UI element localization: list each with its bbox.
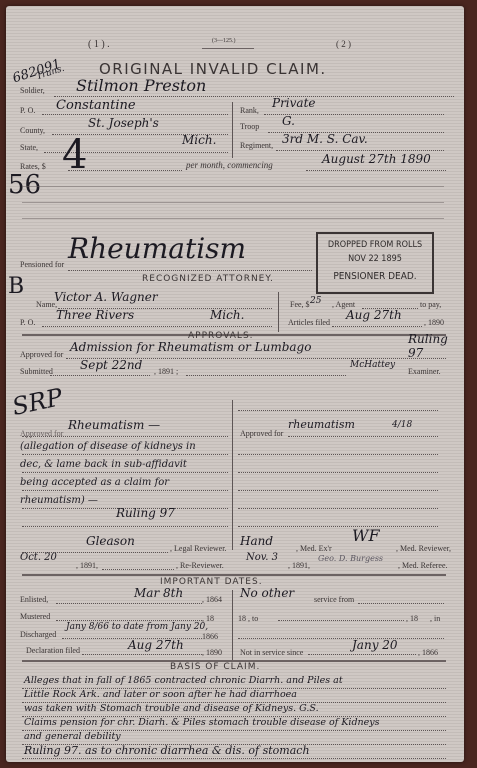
other-service-value: No other — [240, 586, 294, 600]
pensioned-label: Pensioned for — [20, 260, 64, 269]
form-number: (3—125.) — [212, 38, 236, 44]
fee-label: Fee, $ — [290, 300, 310, 309]
declaration-filed-value: Aug 27th — [128, 638, 184, 652]
left-approval-note: (allegation of disease of kidneys in dec… — [20, 438, 196, 510]
service-in-label: , in — [430, 614, 440, 623]
left-review-date: Oct. 20 — [20, 552, 57, 563]
stamp-line-1: DROPPED FROM ROLLS — [318, 238, 432, 252]
articles-filed-value: Aug 27th — [346, 308, 402, 322]
to-pay-label: to pay, — [420, 300, 441, 309]
service-from-label: service from — [314, 595, 354, 604]
company-value: G. — [282, 114, 295, 128]
right-approved-value: rheumatism — [288, 418, 355, 431]
service-to-label: 18 , to — [238, 614, 258, 623]
legal-reviewer-label: , Legal Reviewer. — [170, 544, 226, 553]
regiment-label: Regiment, — [240, 141, 273, 150]
attorney-state: Mich. — [210, 308, 244, 322]
med-examiner-label: , Med. Ex'r — [296, 544, 332, 553]
discharged-year: 1866 — [202, 632, 218, 641]
rank-value: Private — [272, 96, 316, 110]
declaration-filed-label: Declaration filed — [26, 646, 80, 655]
state-label: State, — [20, 143, 38, 152]
stamp-line-3: PENSIONER DEAD. — [318, 270, 432, 284]
approvals-ruling: Ruling 97 — [408, 332, 464, 360]
right-rating: 4/18 — [392, 420, 412, 430]
legal-reviewer-signature: Gleason — [86, 534, 135, 548]
left-ruling: Ruling 97 — [116, 506, 175, 520]
po-label: P. O. — [20, 106, 35, 115]
articles-filed-label: Articles filed — [288, 318, 330, 327]
attorney-name: Victor A. Wagner — [54, 290, 158, 304]
approved-for-label: Approved for — [20, 350, 63, 359]
not-in-service-year: , 1866 — [418, 648, 438, 657]
right-approved-label: Approved for — [240, 429, 283, 438]
not-in-service-value: Jany 20 — [352, 638, 398, 652]
discharged-value: Jany 8/66 to date from Jany 20, — [66, 622, 208, 632]
enlisted-label: Enlisted, — [20, 595, 48, 604]
company-label: Troop — [240, 122, 259, 131]
rate-value: 4 — [62, 132, 87, 178]
basis-section-title: BASIS OF CLAIM. — [170, 662, 260, 672]
rank-label: Rank, — [240, 106, 259, 115]
regiment-value: 3rd M. S. Cav. — [282, 132, 368, 146]
not-in-service-label: Not in service since — [240, 648, 303, 657]
med-reviewer-label: , Med. Reviewer, — [396, 544, 451, 553]
med-referee-label: , Med. Referee. — [398, 561, 448, 570]
po-value: Constantine — [56, 98, 136, 113]
county-label: County, — [20, 126, 45, 135]
enlisted-value: Mar 8th — [134, 586, 183, 600]
dropped-from-rolls-stamp: DROPPED FROM ROLLS NOV 22 1895 PENSIONER… — [316, 232, 434, 294]
submitted-year: , 1891 ; — [154, 367, 178, 376]
margin-mark-b: B — [8, 274, 24, 299]
commencing-date: August 27th 1890 — [322, 152, 431, 166]
left-approved-value: Rheumatism — — [68, 418, 160, 432]
header-marks-left: ( 1 ) . — [88, 39, 110, 50]
reviewer-initials: SRP — [10, 383, 65, 421]
approved-for-value: Admission for Rheumatism or Lumbago — [70, 340, 311, 354]
soldier-name: Stilmon Preston — [76, 76, 206, 95]
margin-mark-56: 56 — [8, 170, 41, 200]
attorney-section-title: RECOGNIZED ATTORNEY. — [142, 274, 274, 284]
discharged-label: Discharged — [20, 630, 56, 639]
left-review-year: , 1891, — [76, 561, 98, 570]
enlisted-year: , 1864 — [202, 595, 222, 604]
service-to-year: , 18 — [406, 614, 418, 623]
examiner-signature: McHattey — [350, 360, 395, 370]
med-referee-signature: Geo. D. Burgess — [318, 554, 383, 563]
attorney-po-label: P. O. — [20, 318, 35, 327]
declaration-filed-year: , 1890 — [202, 648, 222, 657]
re-reviewer-label: , Re-Reviewer. — [176, 561, 224, 570]
per-month-label: per month, commencing — [186, 160, 273, 170]
pensioned-value: Rheumatism — [68, 232, 246, 265]
examiner-label: Examiner. — [408, 367, 441, 376]
fee-value: 25 — [310, 296, 321, 306]
articles-filed-year: , 1890 — [424, 318, 444, 327]
state-value: Mich. — [182, 133, 216, 147]
right-review-year: , 1891, — [288, 561, 310, 570]
right-review-date: Nov. 3 — [246, 552, 278, 563]
submitted-value: Sept 22nd — [80, 358, 142, 372]
submitted-label: Submitted — [20, 367, 53, 376]
header-marks-right: ( 2 ) — [336, 39, 351, 49]
mustered-label: Mustered — [20, 612, 50, 621]
attorney-po: Three Rivers — [56, 308, 134, 322]
med-reviewer-initials: WF — [352, 526, 380, 545]
county-value: St. Joseph's — [88, 116, 159, 130]
stamp-line-2: NOV 22 1895 — [318, 252, 432, 266]
soldier-label: Soldier, — [20, 86, 45, 95]
claim-document: ( 1 ) . (3—125.) ( 2 ) ORIGINAL INVALID … — [6, 6, 464, 762]
med-examiner-signature: Hand — [240, 534, 273, 548]
